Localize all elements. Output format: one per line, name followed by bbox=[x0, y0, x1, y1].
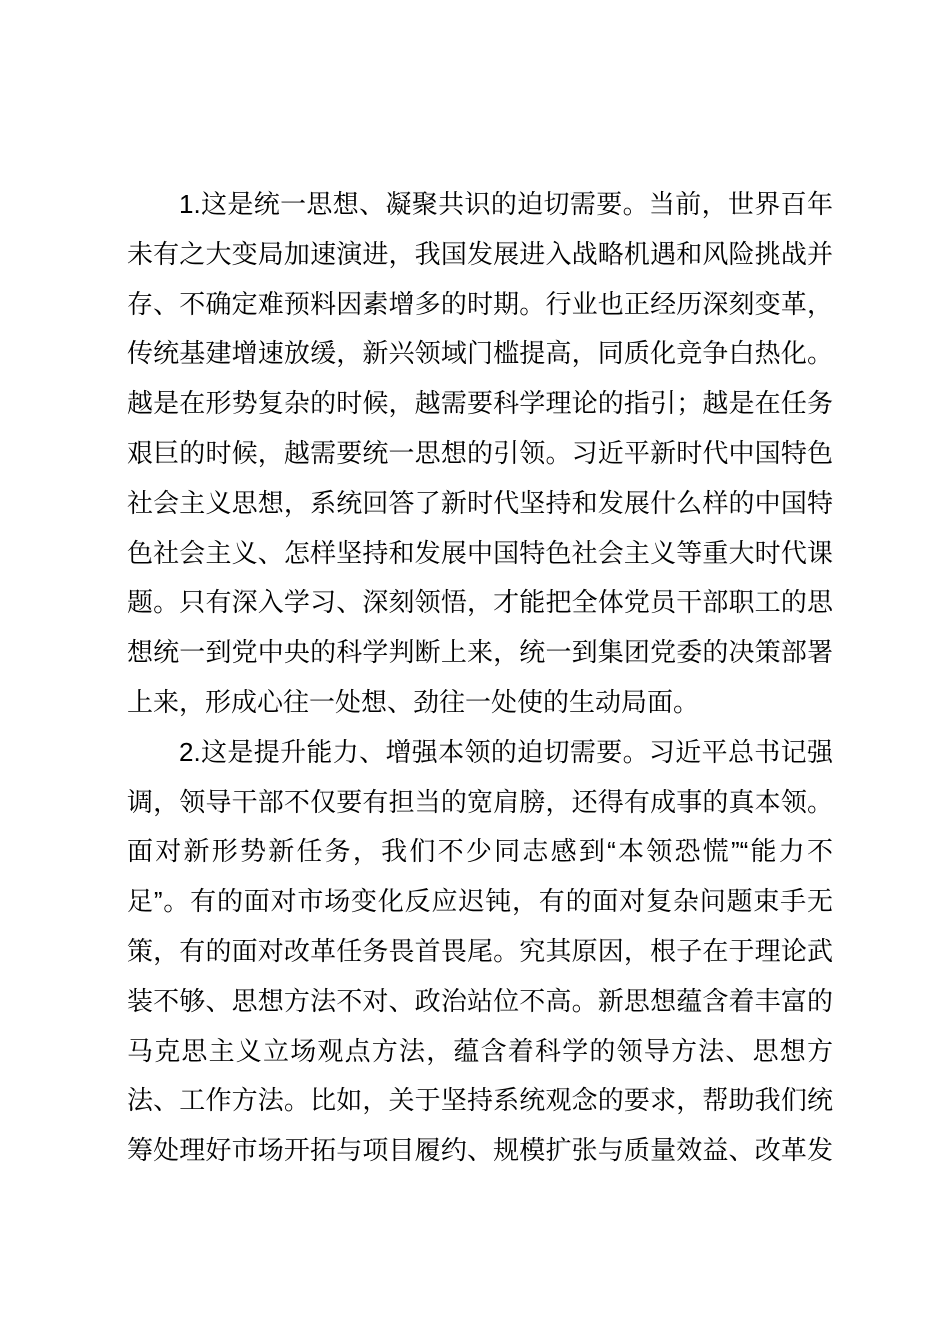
text-line: 越是在形势复杂的时候，越需要科学理论的指引；越是在任务 bbox=[127, 379, 833, 429]
text-line: 想统一到党中央的科学判断上来，统一到集团党委的决策部署 bbox=[127, 628, 833, 678]
paragraph-1: 1.这是统一思想、凝聚共识的迫切需要。当前，世界百年未有之大变局加速演进，我国发… bbox=[127, 180, 833, 728]
document-page: 1.这是统一思想、凝聚共识的迫切需要。当前，世界百年未有之大变局加速演进，我国发… bbox=[0, 0, 950, 1344]
text-line: 色社会主义、怎样坚持和发展中国特色社会主义等重大时代课 bbox=[127, 529, 833, 579]
text-line: 法、工作方法。比如，关于坚持系统观念的要求，帮助我们统 bbox=[127, 1076, 833, 1126]
text-line: 传统基建增速放缓，新兴领域门槛提高，同质化竞争白热化。 bbox=[127, 329, 833, 379]
text-line: 未有之大变局加速演进，我国发展进入战略机遇和风险挑战并 bbox=[127, 230, 833, 280]
text-line: 面对新形势新任务，我们不少同志感到“本领恐慌”“能力不 bbox=[127, 827, 833, 877]
text-line: 1.这是统一思想、凝聚共识的迫切需要。当前，世界百年 bbox=[127, 180, 833, 230]
document-text-body: 1.这是统一思想、凝聚共识的迫切需要。当前，世界百年未有之大变局加速演进，我国发… bbox=[127, 180, 833, 1176]
text-line: 筹处理好市场开拓与项目履约、规模扩张与质量效益、改革发 bbox=[127, 1126, 833, 1176]
text-line: 存、不确定难预料因素增多的时期。行业也正经历深刻变革， bbox=[127, 280, 833, 330]
text-line: 调，领导干部不仅要有担当的宽肩膀，还得有成事的真本领。 bbox=[127, 778, 833, 828]
text-line: 艰巨的时候，越需要统一思想的引领。习近平新时代中国特色 bbox=[127, 429, 833, 479]
text-line: 策，有的面对改革任务畏首畏尾。究其原因，根子在于理论武 bbox=[127, 927, 833, 977]
text-line: 足”。有的面对市场变化反应迟钝，有的面对复杂问题束手无 bbox=[127, 877, 833, 927]
paragraph-2: 2.这是提升能力、增强本领的迫切需要。习近平总书记强调，领导干部不仅要有担当的宽… bbox=[127, 728, 833, 1176]
text-line: 上来，形成心往一处想、劲往一处使的生动局面。 bbox=[127, 678, 833, 728]
text-line: 题。只有深入学习、深刻领悟，才能把全体党员干部职工的思 bbox=[127, 578, 833, 628]
text-line: 社会主义思想，系统回答了新时代坚持和发展什么样的中国特 bbox=[127, 479, 833, 529]
text-line: 马克思主义立场观点方法，蕴含着科学的领导方法、思想方 bbox=[127, 1027, 833, 1077]
text-line: 装不够、思想方法不对、政治站位不高。新思想蕴含着丰富的 bbox=[127, 977, 833, 1027]
text-line: 2.这是提升能力、增强本领的迫切需要。习近平总书记强 bbox=[127, 728, 833, 778]
